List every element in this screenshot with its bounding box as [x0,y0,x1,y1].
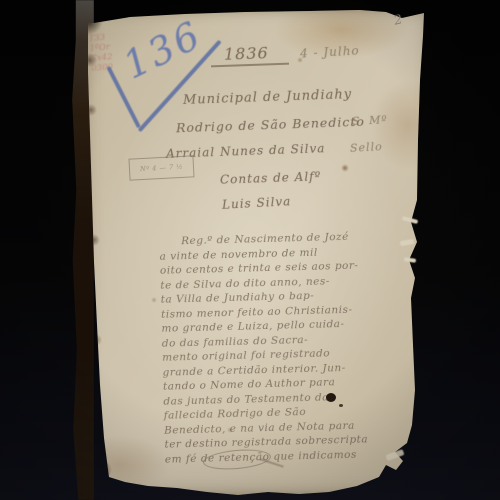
document-year: 1836 [224,43,269,64]
heading-line-right-note-2: Sello [350,140,383,155]
ink-blot [326,393,336,402]
stamp-box-text: Nº 4 — 7 ½ [140,163,183,173]
photographed-manuscript-page: T33 1ºOr Cx42 0300 136 2 Nº 4 — 7 ½ 1836… [0,0,500,500]
pencil-page-number: 2 [393,12,404,28]
heading-line-right-note: S. Mº [352,113,388,128]
manuscript-body-paragraph: Reg.º de Nascimento de Jozé a vinte de n… [159,229,375,466]
